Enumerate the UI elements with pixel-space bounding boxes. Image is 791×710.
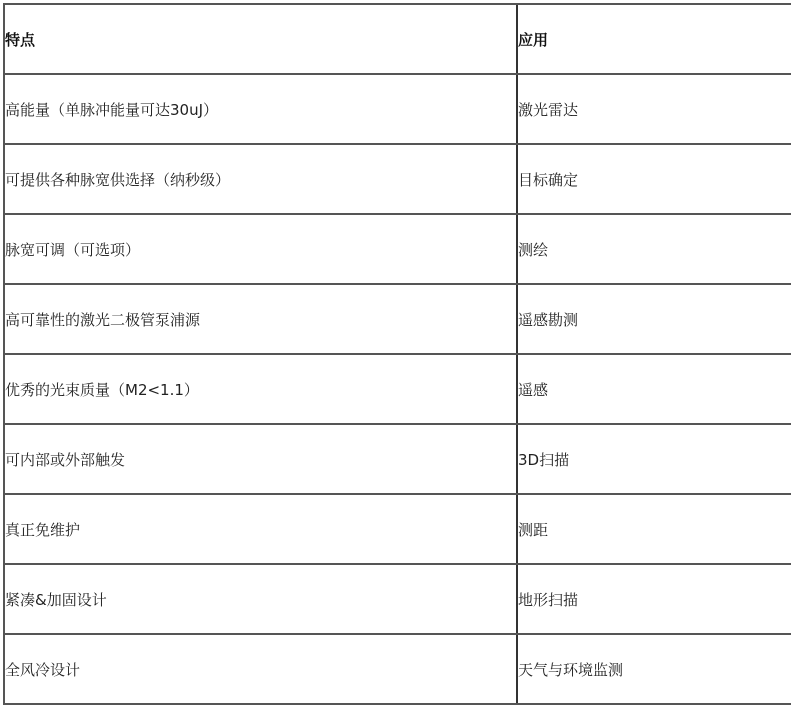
- application-cell: 遥感勘测: [516, 285, 791, 353]
- application-cell: 天气与环境监测: [516, 635, 791, 703]
- header-applications: 应用: [516, 5, 791, 73]
- features-applications-table: 特点 应用 高能量（单脉冲能量可达30uJ） 激光雷达 可提供各种脉宽供选择（纳…: [3, 3, 791, 705]
- application-cell: 测距: [516, 495, 791, 563]
- table-row: 可提供各种脉宽供选择（纳秒级） 目标确定: [3, 145, 791, 215]
- table-row: 紧凑&加固设计 地形扫描: [3, 565, 791, 635]
- feature-cell: 高能量（单脉冲能量可达30uJ）: [3, 75, 516, 143]
- feature-cell: 高可靠性的激光二极管泵浦源: [3, 285, 516, 353]
- feature-cell: 可内部或外部触发: [3, 425, 516, 493]
- table-row: 脉宽可调（可选项） 测绘: [3, 215, 791, 285]
- application-cell: 目标确定: [516, 145, 791, 213]
- table-row: 可内部或外部触发 3D扫描: [3, 425, 791, 495]
- application-cell: 地形扫描: [516, 565, 791, 633]
- feature-cell: 优秀的光束质量（M2<1.1）: [3, 355, 516, 423]
- table-row: 真正免维护 测距: [3, 495, 791, 565]
- application-cell: 遥感: [516, 355, 791, 423]
- application-cell: 3D扫描: [516, 425, 791, 493]
- table-header-row: 特点 应用: [3, 3, 791, 75]
- application-cell: 测绘: [516, 215, 791, 283]
- feature-cell: 全风冷设计: [3, 635, 516, 703]
- table-row: 优秀的光束质量（M2<1.1） 遥感: [3, 355, 791, 425]
- feature-cell: 真正免维护: [3, 495, 516, 563]
- header-features: 特点: [3, 5, 516, 73]
- feature-cell: 紧凑&加固设计: [3, 565, 516, 633]
- application-cell: 激光雷达: [516, 75, 791, 143]
- table-row: 高可靠性的激光二极管泵浦源 遥感勘测: [3, 285, 791, 355]
- feature-cell: 脉宽可调（可选项）: [3, 215, 516, 283]
- table-row: 高能量（单脉冲能量可达30uJ） 激光雷达: [3, 75, 791, 145]
- feature-cell: 可提供各种脉宽供选择（纳秒级）: [3, 145, 516, 213]
- table-row: 全风冷设计 天气与环境监测: [3, 635, 791, 705]
